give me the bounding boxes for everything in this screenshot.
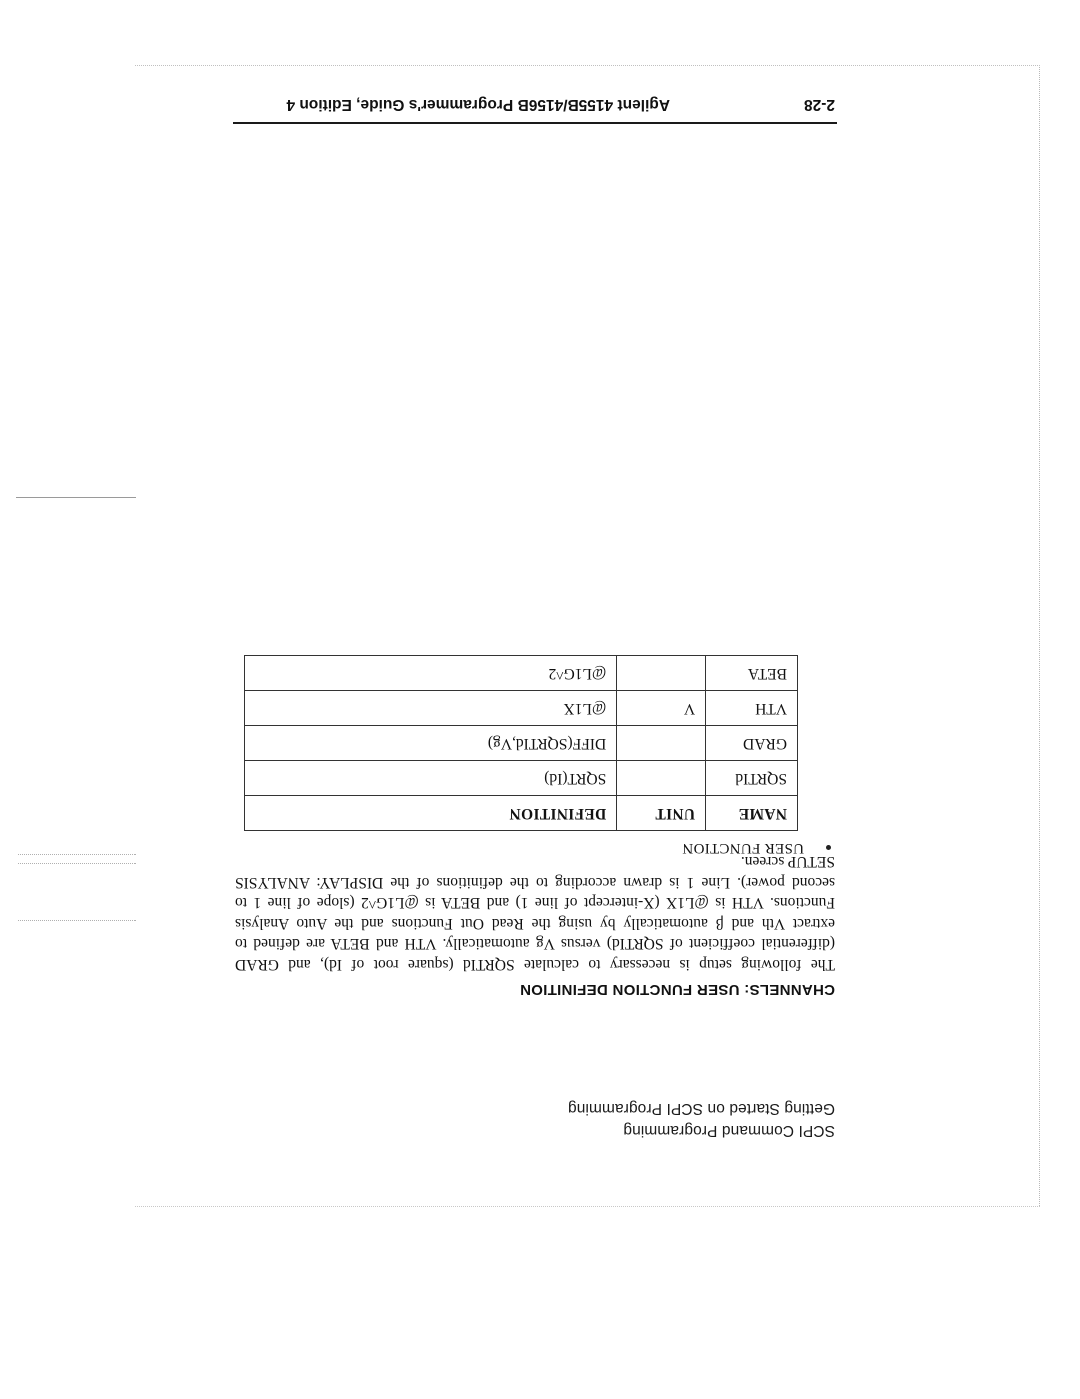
cell-name: SQRTId [706,761,798,796]
scanned-page: SCPI Command Programming Getting Started… [0,0,1080,1399]
section-paragraph: The following setup is necessary to calc… [235,851,835,974]
section-heading: CHANNELS: USER FUNCTION DEFINITION [520,981,835,998]
page-border [135,65,1040,1207]
cell-unit [617,761,706,796]
scan-artifact-line [16,497,136,498]
cell-unit [617,656,706,691]
header-name: NAME [706,796,798,831]
cell-unit: V [617,691,706,726]
scan-artifact-dotted [18,863,136,864]
cell-unit [617,726,706,761]
table-row: BETA @L1G^2 [245,656,798,691]
table-row: SQRTId SQRT(Id) [245,761,798,796]
bullet-user-function: USER FUNCTION [682,839,835,856]
running-header-line1: SCPI Command Programming [623,1120,835,1140]
scan-artifact-dotted [18,920,136,921]
user-function-table: NAME UNIT DEFINITION SQRTId SQRT(Id) GRA… [244,655,798,831]
footer-rule [233,122,837,124]
cell-definition: DIFF(SQRTId,Vg) [245,726,617,761]
bullet-label: USER FUNCTION [682,839,804,856]
cell-name: GRAD [706,726,798,761]
table-header-row: NAME UNIT DEFINITION [245,796,798,831]
table-row: GRAD DIFF(SQRTId,Vg) [245,726,798,761]
header-definition: DEFINITION [245,796,617,831]
scan-artifact-dotted [18,854,136,855]
page-number: 2-28 [804,95,835,113]
cell-definition: @L1G^2 [245,656,617,691]
table-row: VTH V @L1X [245,691,798,726]
running-header-line2: Getting Started on SCPI Programming [568,1098,835,1118]
cell-name: VTH [706,691,798,726]
header-unit: UNIT [617,796,706,831]
bullet-icon [826,845,831,850]
cell-definition: SQRT(Id) [245,761,617,796]
cell-name: BETA [706,656,798,691]
cell-definition: @L1X [245,691,617,726]
book-title: Agilent 4155B/4156B Programmer's Guide, … [286,95,670,113]
